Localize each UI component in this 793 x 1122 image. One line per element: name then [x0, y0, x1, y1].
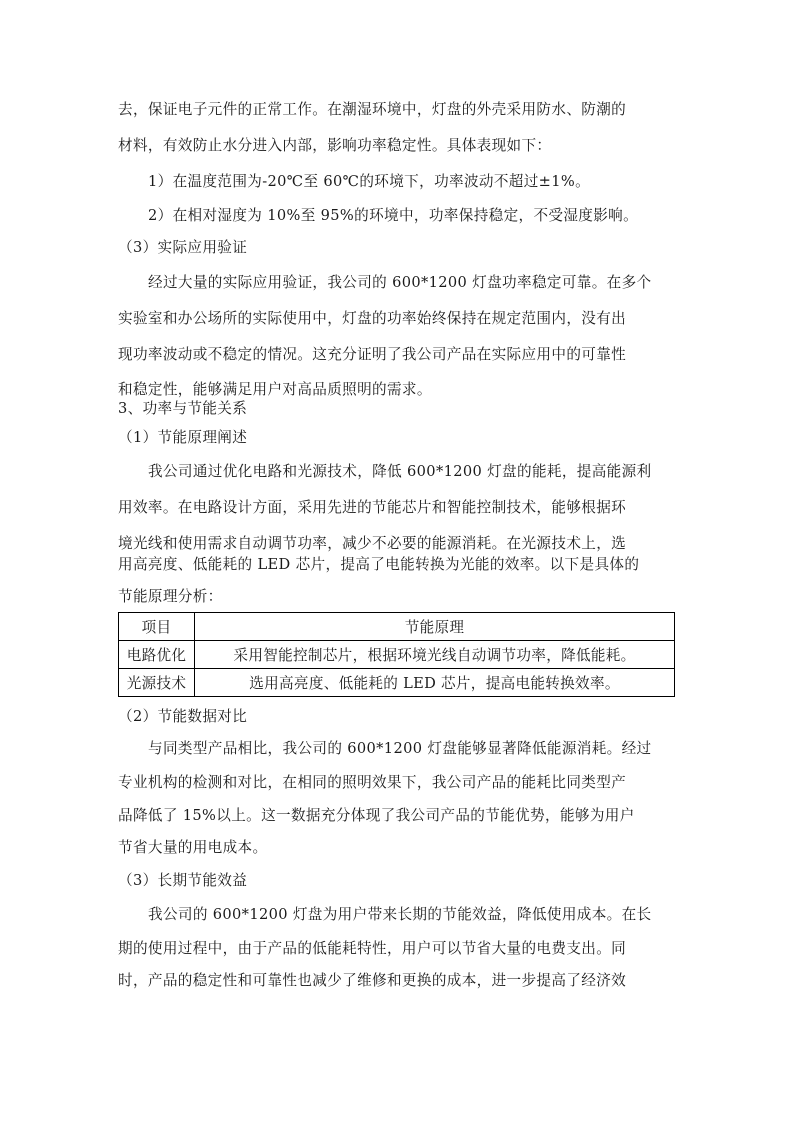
paragraph-line: 我公司的 600*1200 灯盘为用户带来长期的节能效益，降低使用成本。在长 [148, 905, 708, 925]
paragraph-line: 节省大量的用电成本。 [118, 838, 678, 858]
subheading-long-term-benefit: （3）长期节能效益 [118, 871, 678, 891]
paragraph-line: 我公司通过优化电路和光源技术，降低 600*1200 灯盘的能耗，提高能源利 [148, 462, 708, 482]
paragraph-line: 现功率波动或不稳定的情况。这充分证明了我公司产品在实际应用中的可靠性 [118, 345, 678, 365]
table-cell-principle: 采用智能控制芯片，根据环境光线自动调节功率，降低能耗。 [195, 641, 675, 669]
paragraph-line: 实验室和办公场所的实际使用中，灯盘的功率始终保持在规定范围内，没有出 [118, 309, 678, 329]
paragraph-line: 经过大量的实际应用验证，我公司的 600*1200 灯盘功率稳定可靠。在多个 [148, 273, 708, 293]
table-cell-item: 光源技术 [119, 669, 195, 697]
document-page: 去，保证电子元件的正常工作。在潮湿环境中，灯盘的外壳采用防水、防潮的 材料，有效… [0, 0, 793, 1122]
paragraph-line: 品降低了 15%以上。这一数据充分体现了我公司产品的节能优势，能够为用户 [118, 806, 678, 826]
list-item-temperature: 1）在温度范围为-20℃至 60℃的环境下，功率波动不超过±1%。 [148, 172, 708, 192]
table-header-principle: 节能原理 [195, 613, 675, 641]
table-header-row: 项目 节能原理 [119, 613, 675, 641]
table-row: 电路优化 采用智能控制芯片，根据环境光线自动调节功率，降低能耗。 [119, 641, 675, 669]
paragraph-line: 节能原理分析： [118, 587, 678, 607]
energy-principle-table: 项目 节能原理 电路优化 采用智能控制芯片，根据环境光线自动调节功率，降低能耗。… [118, 612, 675, 697]
paragraph-line: 境光线和使用需求自动调节功率，减少不必要的能源消耗。在光源技术上，选 [118, 534, 678, 554]
paragraph-line: 用效率。在电路设计方面，采用先进的节能芯片和智能控制技术，能够根据环 [118, 498, 678, 518]
paragraph-line: 材料，有效防止水分进入内部，影响功率稳定性。具体表现如下： [118, 136, 678, 156]
subheading-principle: （1）节能原理阐述 [118, 428, 678, 448]
table-row: 光源技术 选用高亮度、低能耗的 LED 芯片，提高电能转换效率。 [119, 669, 675, 697]
subheading-application-verification: （3）实际应用验证 [118, 238, 678, 258]
table-cell-item: 电路优化 [119, 641, 195, 669]
paragraph-line: 期的使用过程中，由于产品的低能耗特性，用户可以节省大量的电费支出。同 [118, 939, 678, 959]
table-cell-principle: 选用高亮度、低能耗的 LED 芯片，提高电能转换效率。 [195, 669, 675, 697]
paragraph-line: 时，产品的稳定性和可靠性也减少了维修和更换的成本，进一步提高了经济效 [118, 971, 678, 991]
paragraph-line: 和稳定性，能够满足用户对高品质照明的需求。 [118, 380, 678, 400]
paragraph-line: 专业机构的检测和对比，在相同的照明效果下，我公司产品的能耗比同类型产 [118, 773, 678, 793]
section-heading-power-energy: 3、功率与节能关系 [118, 399, 678, 419]
paragraph-line: 用高亮度、低能耗的 LED 芯片，提高了电能转换为光能的效率。以下是具体的 [118, 555, 678, 575]
paragraph-line: 去，保证电子元件的正常工作。在潮湿环境中，灯盘的外壳采用防水、防潮的 [118, 100, 678, 120]
subheading-data-comparison: （2）节能数据对比 [118, 707, 678, 727]
table-header-item: 项目 [119, 613, 195, 641]
paragraph-line: 与同类型产品相比，我公司的 600*1200 灯盘能够显著降低能源消耗。经过 [148, 739, 708, 759]
list-item-humidity: 2）在相对湿度为 10%至 95%的环境中，功率保持稳定，不受湿度影响。 [148, 206, 708, 226]
